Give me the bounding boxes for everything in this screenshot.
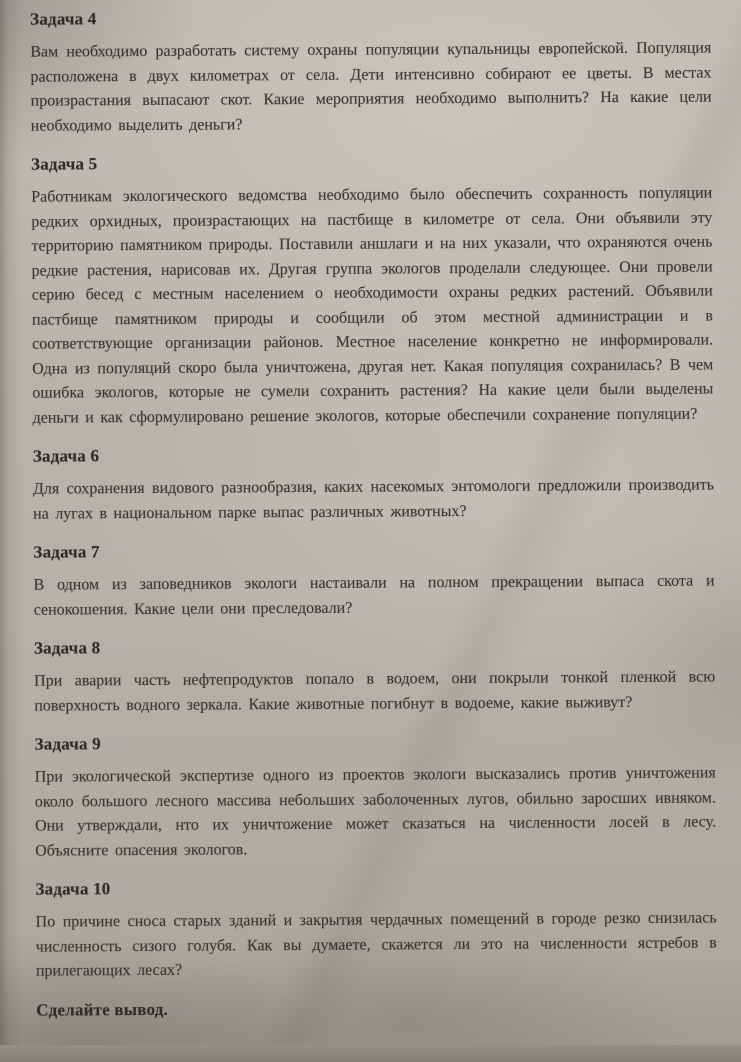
- section-zadacha-5: Задача 5 Работникам экологического ведом…: [31, 148, 714, 430]
- conclusion-note: Сделайте вывод.: [36, 994, 717, 1022]
- task-body: Работникам экологического ведомства необ…: [31, 181, 713, 430]
- task-body: Вам необходимо разработать систему охран…: [30, 36, 712, 138]
- table-surface-edge: [0, 1045, 741, 1062]
- task-body: В одном из заповедников экологи настаива…: [33, 569, 714, 622]
- task-title: Задача 6: [33, 440, 714, 468]
- task-title: Задача 7: [33, 536, 714, 564]
- section-zadacha-9: Задача 9 При экологической экспертизе од…: [34, 728, 716, 863]
- section-zadacha-10: Задача 10 По причине сноса старых зданий…: [35, 873, 717, 984]
- section-zadacha-6: Задача 6 Для сохранения видового разнооб…: [33, 440, 714, 526]
- task-body: Для сохранения видового разнообразия, ка…: [33, 473, 714, 526]
- task-title: Задача 9: [34, 728, 715, 756]
- task-title: Задача 10: [35, 873, 716, 901]
- task-title: Задача 5: [31, 148, 712, 176]
- document-photo: Задача 4 Вам необходимо разработать сист…: [0, 0, 741, 1062]
- task-title: Задача 4: [30, 3, 711, 31]
- task-title: Задача 8: [34, 632, 715, 660]
- task-body: При экологической экспертизе одного из п…: [35, 761, 717, 863]
- section-zadacha-4: Задача 4 Вам необходимо разработать сист…: [30, 3, 712, 138]
- worksheet-page: Задача 4 Вам необходимо разработать сист…: [0, 0, 741, 1022]
- task-body: По причине сноса старых зданий и закрыти…: [36, 906, 717, 984]
- section-zadacha-7: Задача 7 В одном из заповедников экологи…: [33, 536, 714, 622]
- task-body: При аварии часть нефтепродуктов попало в…: [34, 665, 715, 718]
- section-zadacha-8: Задача 8 При аварии часть нефтепродуктов…: [34, 632, 715, 718]
